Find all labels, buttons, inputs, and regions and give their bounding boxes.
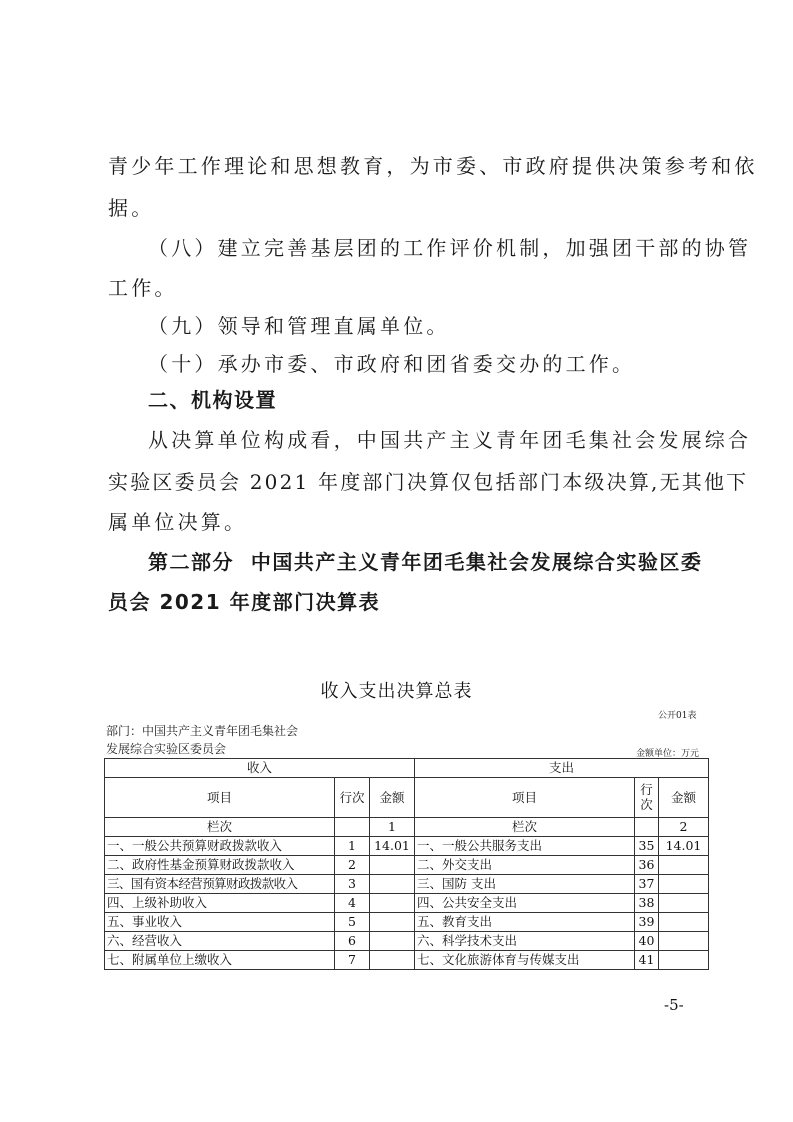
table-row: 三、国有资本经营预算财政拨款收入 3 三、国防 支出 37 [105, 875, 709, 894]
body-paragraph: 工作。 [108, 272, 178, 301]
section-paragraph: 实验区委员会 2021 年度部门决算仅包括部门本级决算,无其他下 [108, 466, 748, 495]
section-paragraph: 从决算单位构成看，中国共产主义青年团毛集社会发展综合 [148, 424, 751, 453]
income-expense-table: 收入 支出 项目 行次 金额 项目 行次 金额 栏次 1 栏次 2 一、一般公共… [104, 758, 709, 970]
expense-item-header: 项目 [415, 778, 635, 818]
table-lanci-row: 栏次 1 栏次 2 [105, 818, 709, 837]
income-item-header: 项目 [105, 778, 335, 818]
expense-col-no: 2 [659, 818, 709, 837]
section-heading: 二、机构设置 [148, 384, 277, 413]
table-header-row: 收入 支出 [105, 759, 709, 778]
part-heading: 员会 2021 年度部门决算表 [108, 586, 380, 615]
body-paragraph: （八）建立完善基层团的工作评价机制，加强团干部的协管 [148, 232, 751, 261]
expense-amount-header: 金额 [659, 778, 709, 818]
section-paragraph: 属单位决算。 [108, 506, 247, 535]
table-row: 五、事业收入 5 五、教育支出 39 [105, 913, 709, 932]
table-title: 收入支出决算总表 [0, 677, 793, 703]
table-row: 二、政府性基金预算财政拨款收入 2 二、外交支出 36 [105, 856, 709, 875]
income-amount-header: 金额 [370, 778, 415, 818]
table-row: 六、经营收入 6 六、科学技术支出 40 [105, 932, 709, 951]
document-page: 青少年工作理论和思想教育，为市委、市政府提供决策参考和依 据。 （八）建立完善基… [0, 0, 793, 1122]
body-paragraph: 青少年工作理论和思想教育，为市委、市政府提供决策参考和依 [108, 150, 758, 179]
table-subheader-row: 项目 行次 金额 项目 行次 金额 [105, 778, 709, 818]
table-row: 一、一般公共预算财政拨款收入 1 14.01 一、一般公共服务支出 35 14.… [105, 837, 709, 856]
table-row: 四、上级补助收入 4 四、公共安全支出 38 [105, 894, 709, 913]
part-heading: 第二部分 中国共产主义青年团毛集社会发展综合实验区委 [148, 546, 702, 575]
lanci-label: 栏次 [105, 818, 335, 837]
department-label: 发展综合实验区委员会 [106, 740, 226, 757]
income-header: 收入 [105, 759, 415, 778]
expense-header: 支出 [415, 759, 709, 778]
body-paragraph: （九）领导和管理直属单位。 [148, 310, 450, 339]
expense-row-no-header: 行次 [635, 778, 659, 818]
income-row-no-header: 行次 [335, 778, 370, 818]
body-paragraph: 据。 [108, 192, 154, 221]
income-col-no: 1 [370, 818, 415, 837]
lanci-label: 栏次 [415, 818, 635, 837]
form-code: 公开01表 [658, 708, 696, 721]
page-number: -5- [664, 996, 684, 1014]
department-label: 部门：中国共产主义青年团毛集社会 [106, 722, 298, 739]
body-paragraph: （十）承办市委、市政府和团省委交办的工作。 [148, 348, 635, 377]
table-row: 七、附属单位上缴收入 7 七、文化旅游体育与传媒支出 41 [105, 951, 709, 970]
